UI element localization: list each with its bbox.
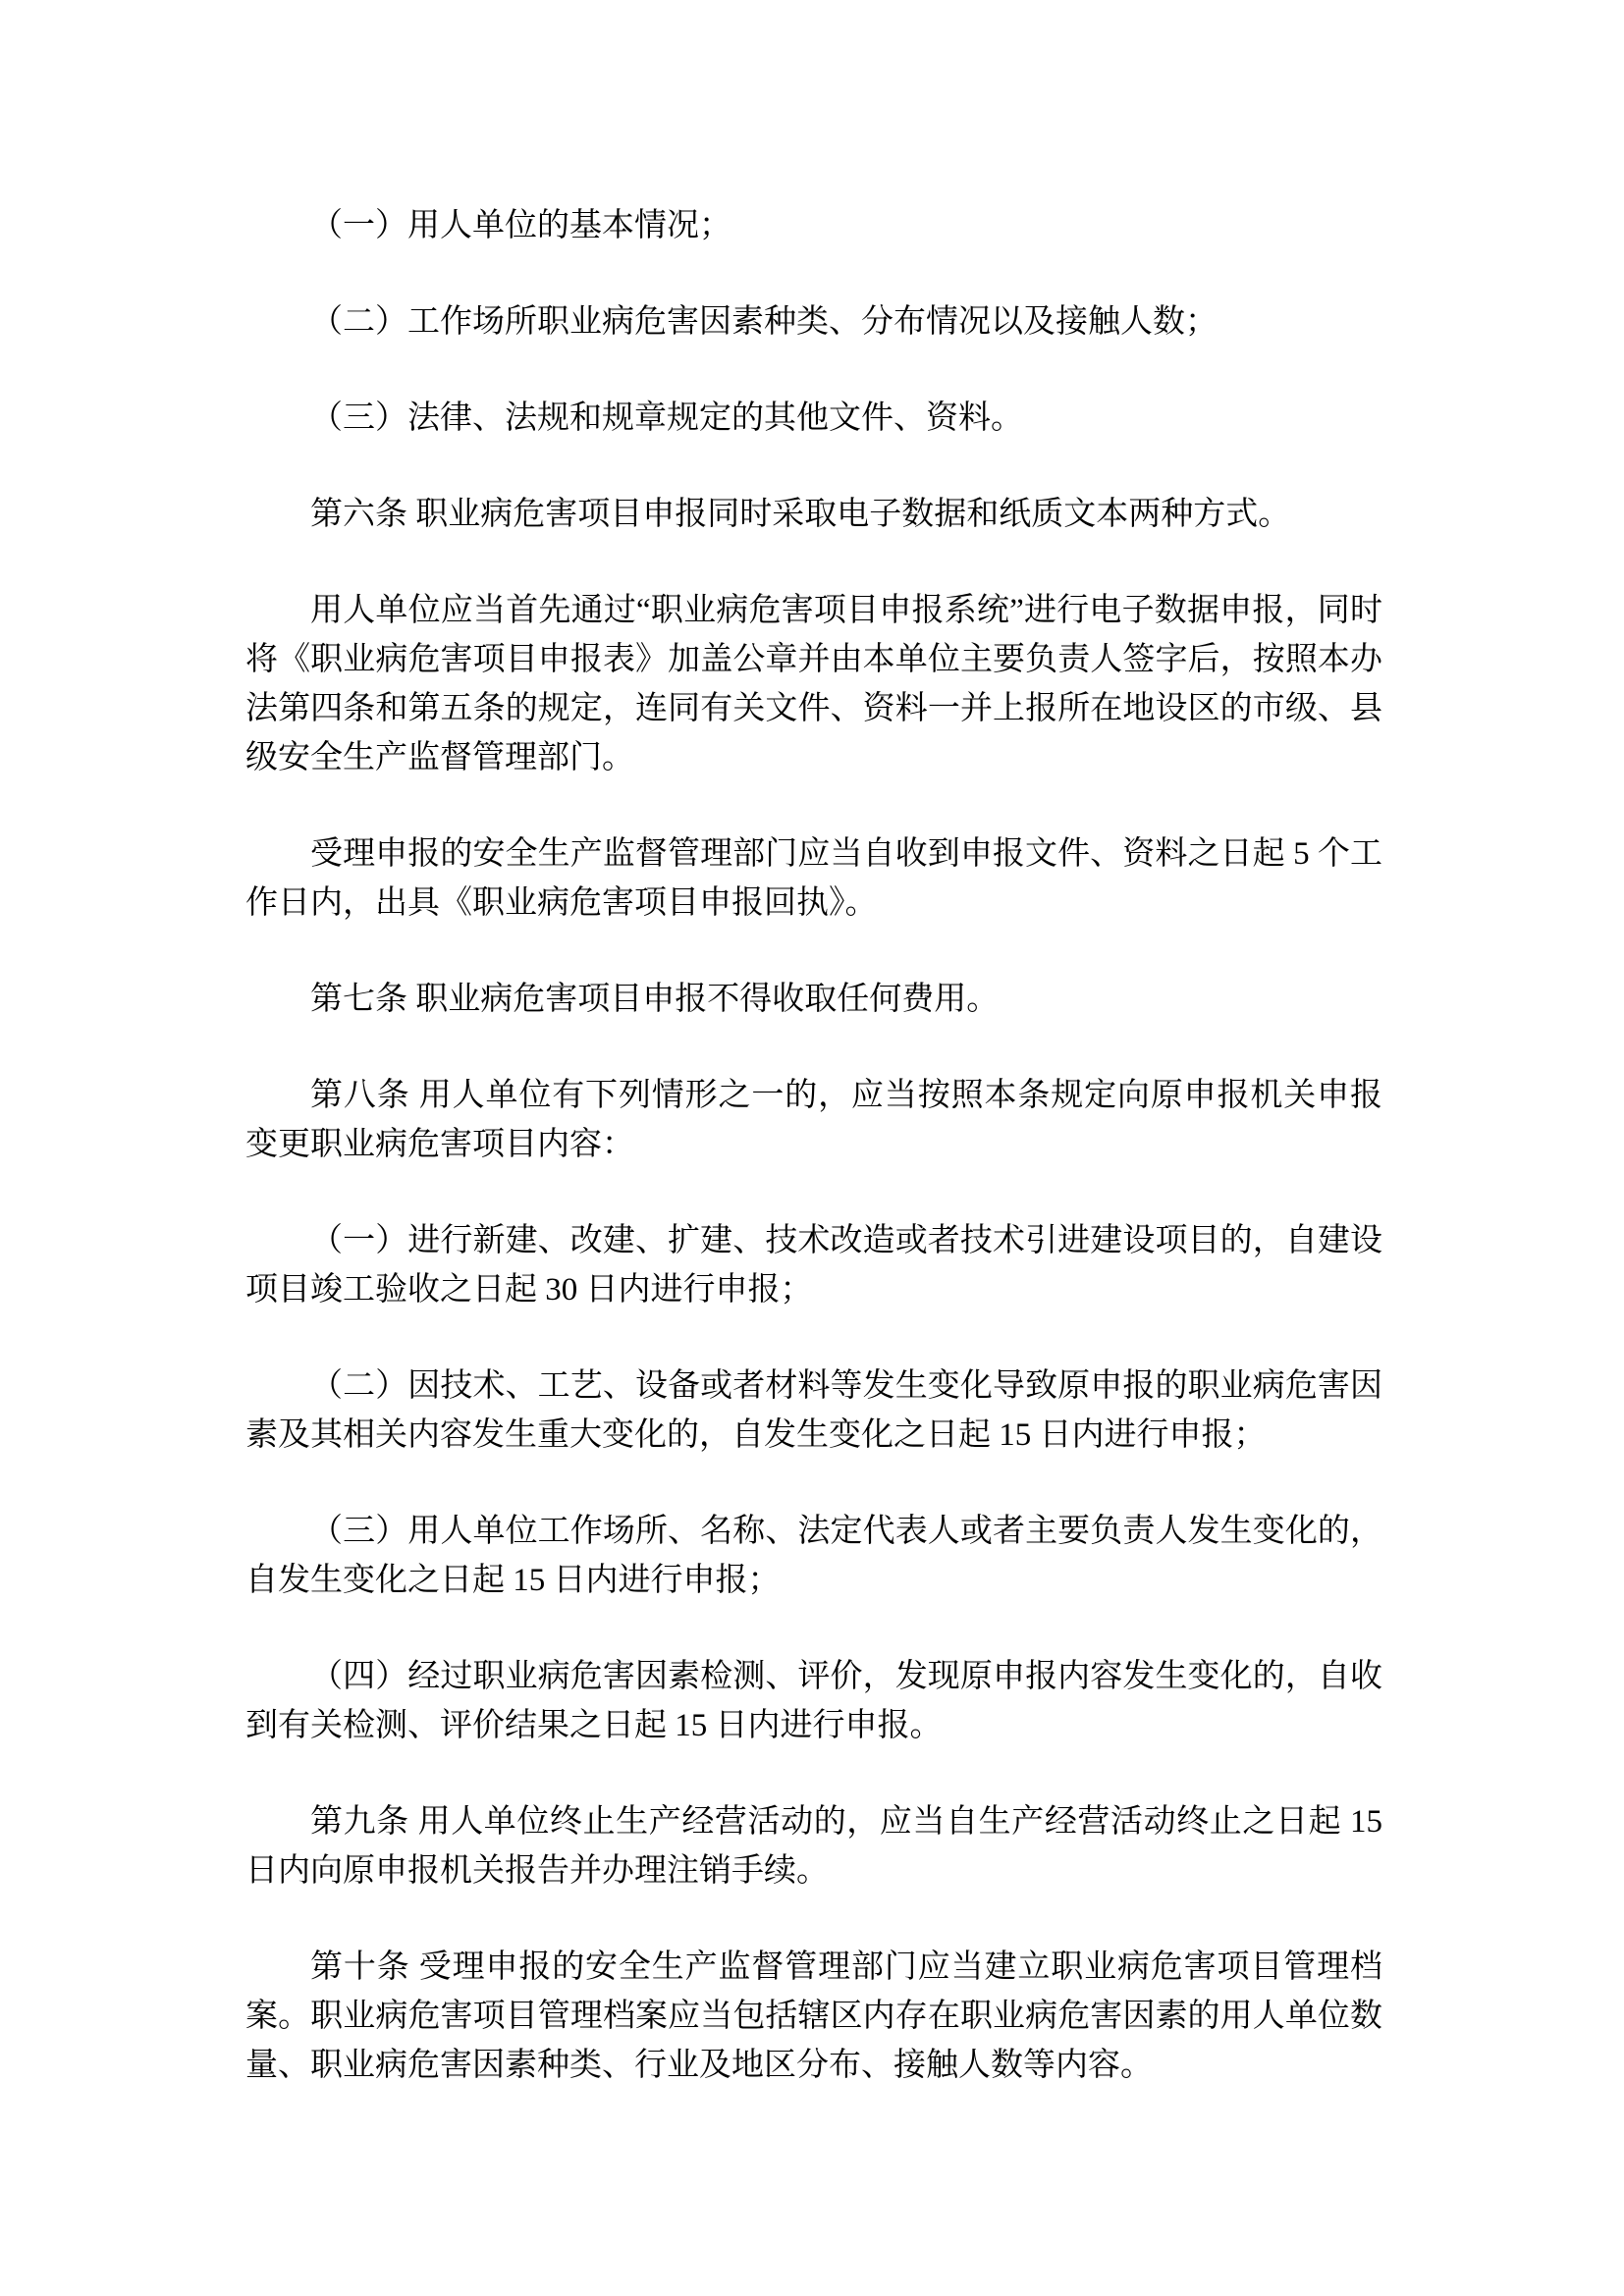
article-8-item-2: （二）因技术、工艺、设备或者材料等发生变化导致原申报的职业病危害因素及其相关内容… (245, 1362, 1382, 1460)
article-8-item-1: （一）进行新建、改建、扩建、技术改造或者技术引进建设项目的，自建设项目竣工验收之… (245, 1216, 1382, 1314)
document-page: （一）用人单位的基本情况； （二）工作场所职业病危害因素种类、分布情况以及接触人… (0, 0, 1624, 2296)
clause-list-item-2: （二）工作场所职业病危害因素种类、分布情况以及接触人数； (245, 297, 1382, 347)
article-8-item-4: （四）经过职业病危害因素检测、评价，发现原申报内容发生变化的，自收到有关检测、评… (245, 1652, 1382, 1750)
article-6-heading-paragraph: 第六条 职业病危害项目申报同时采取电子数据和纸质文本两种方式。 (245, 490, 1382, 539)
article-9-paragraph: 第九条 用人单位终止生产经营活动的，应当自生产经营活动终止之日起 15 日内向原… (245, 1797, 1382, 1896)
article-6-paragraph-2: 用人单位应当首先通过“职业病危害项目申报系统”进行电子数据申报，同时将《职业病危… (245, 586, 1382, 782)
clause-list-item-1: （一）用人单位的基本情况； (245, 201, 1382, 250)
article-10-paragraph: 第十条 受理申报的安全生产监督管理部门应当建立职业病危害项目管理档案。职业病危害… (245, 1943, 1382, 2090)
document-body-text: （一）用人单位的基本情况； （二）工作场所职业病危害因素种类、分布情况以及接触人… (245, 201, 1382, 2090)
article-8-item-3: （三）用人单位工作场所、名称、法定代表人或者主要负责人发生变化的，自发生变化之日… (245, 1507, 1382, 1605)
article-6-paragraph-3: 受理申报的安全生产监督管理部门应当自收到申报文件、资料之日起 5 个工作日内，出… (245, 829, 1382, 928)
article-7-paragraph: 第七条 职业病危害项目申报不得收取任何费用。 (245, 975, 1382, 1024)
clause-list-item-3: （三）法律、法规和规章规定的其他文件、资料。 (245, 394, 1382, 443)
article-8-paragraph: 第八条 用人单位有下列情形之一的，应当按照本条规定向原申报机关申报变更职业病危害… (245, 1071, 1382, 1169)
